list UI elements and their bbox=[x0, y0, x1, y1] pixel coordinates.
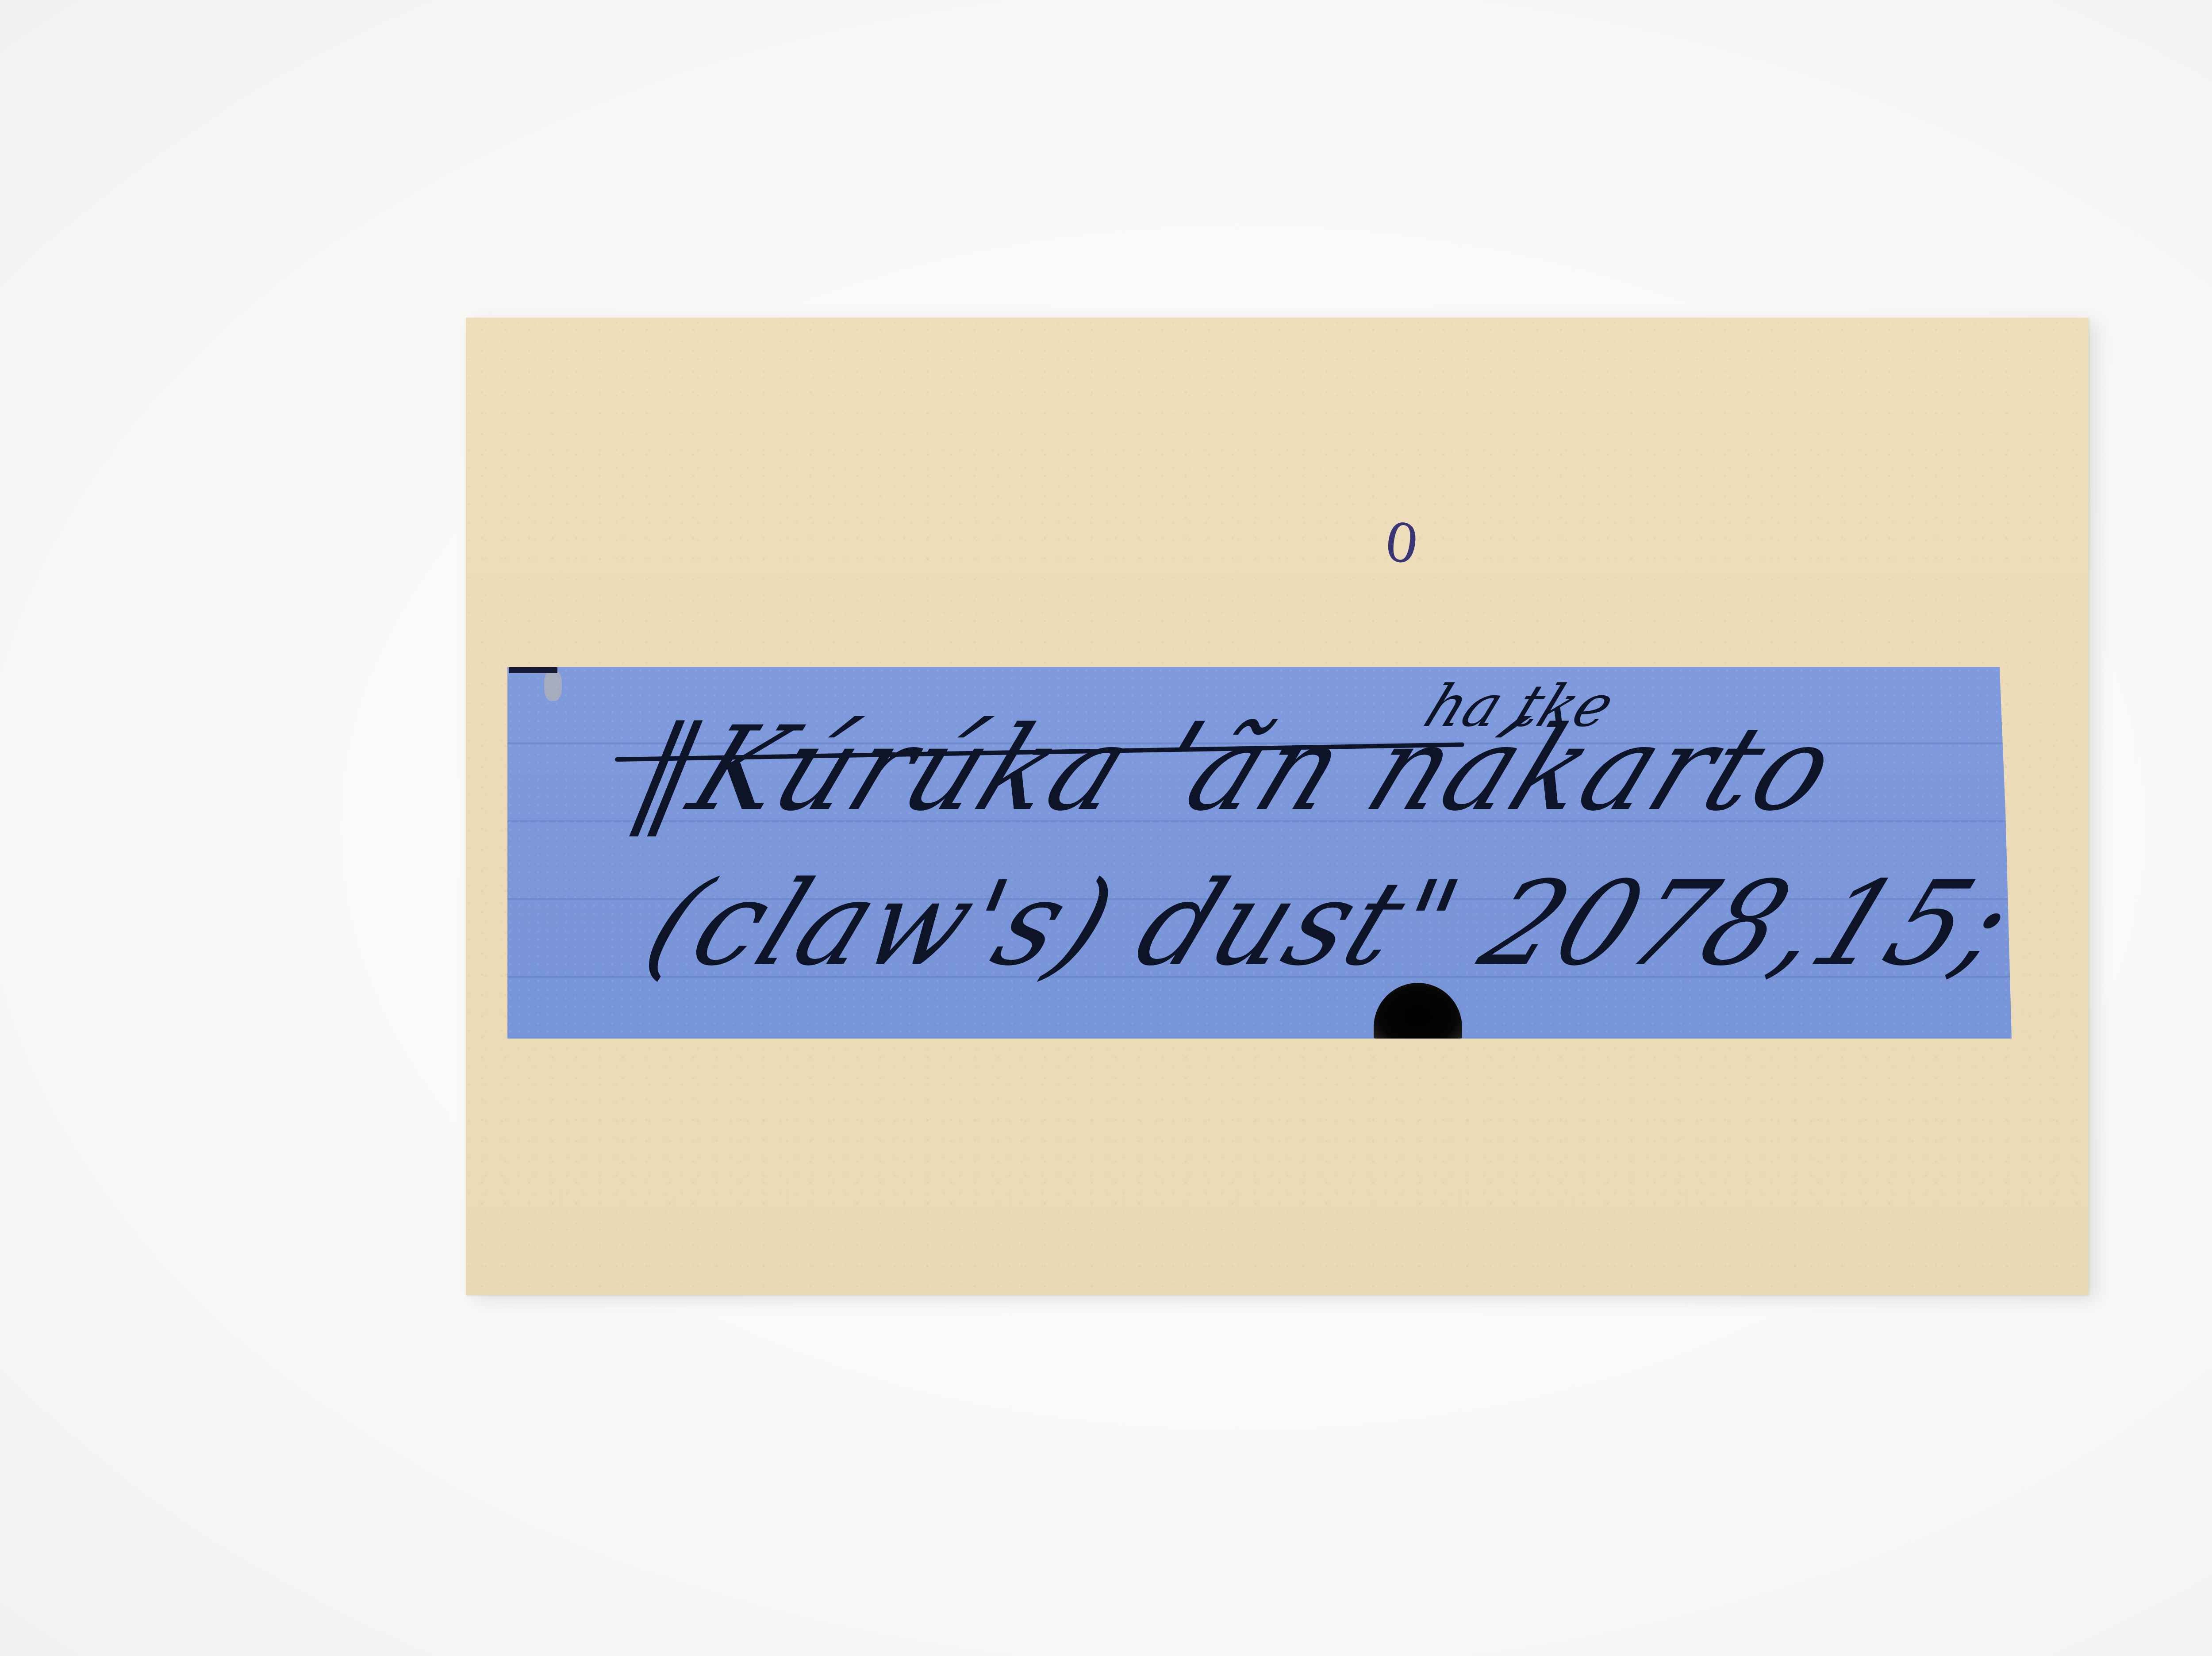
paper-stain bbox=[544, 670, 562, 701]
handwritten-line-2: (claw's) dust" 2078,15; bbox=[628, 856, 2034, 991]
handwritten-line-1: ‖Kúrúka ˈãn nákarto bbox=[615, 701, 1856, 836]
ink-mark-top-left bbox=[509, 667, 557, 673]
